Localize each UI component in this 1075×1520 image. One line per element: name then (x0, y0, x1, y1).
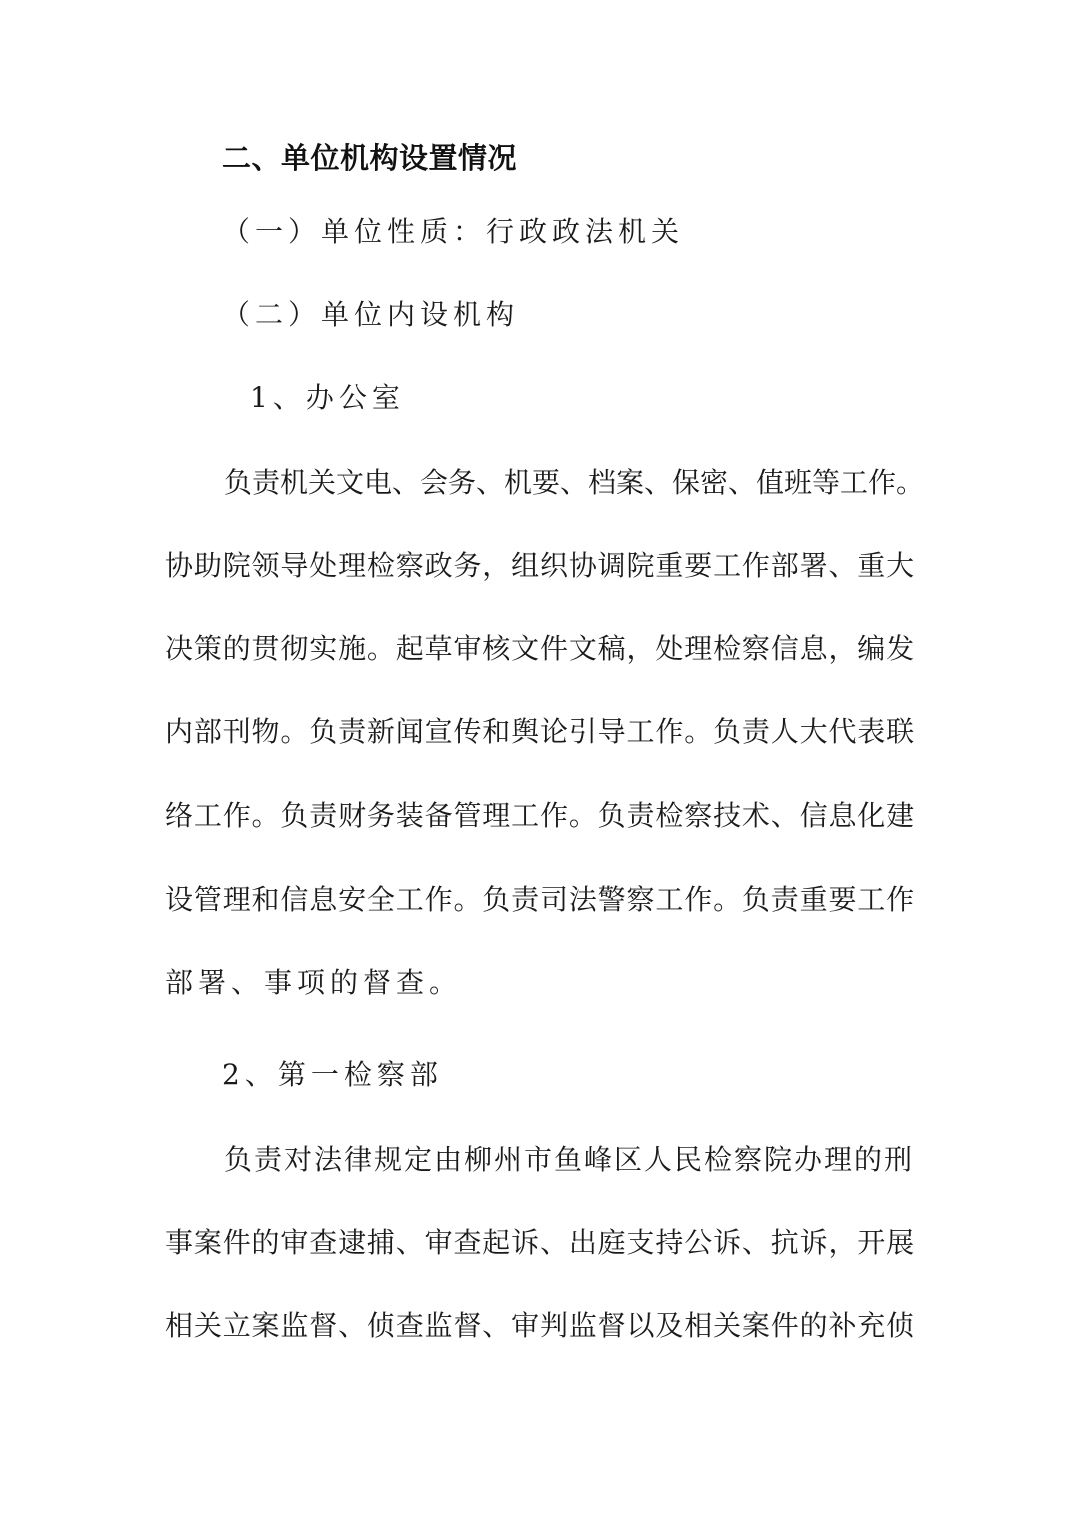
item-1-paragraph-line: 协助院领导处理检察政务，组织协调院重要工作部署、重大 (165, 546, 915, 586)
item-1-paragraph-line: 内部刊物。负责新闻宣传和舆论引导工作。负责人大代表联 (165, 712, 915, 752)
item-1-paragraph-line: 负责机关文电、会务、机要、档案、保密、值班等工作。 (224, 463, 914, 503)
subsection-internal-departments: （二）单位内设机构 (222, 295, 972, 335)
item-2-paragraph-line: 相关立案监督、侦查监督、审判监督以及相关案件的补充侦 (165, 1306, 915, 1346)
subsection-unit-nature: （一）单位性质：行政政法机关 (222, 212, 972, 252)
item-1-paragraph-line: 决策的贯彻实施。起草审核文件文稿，处理检察信息，编发 (165, 629, 915, 669)
item-1-title: 1、办公室 (250, 378, 1000, 418)
item-2-title: 2、第一检察部 (222, 1055, 972, 1095)
item-2-paragraph-line: 事案件的审查逮捕、审查起诉、出庭支持公诉、抗诉，开展 (165, 1223, 915, 1263)
section-heading: 二、单位机构设置情况 (222, 138, 972, 178)
document-page: 二、单位机构设置情况 （一）单位性质：行政政法机关 （二）单位内设机构 1、办公… (0, 0, 1075, 1520)
item-1-paragraph-line: 络工作。负责财务装备管理工作。负责检察技术、信息化建 (165, 796, 915, 836)
item-2-paragraph-line: 负责对法律规定由柳州市鱼峰区人民检察院办理的刑 (224, 1140, 914, 1180)
item-1-paragraph-line: 部署、事项的督查。 (165, 963, 915, 1003)
item-1-paragraph-line: 设管理和信息安全工作。负责司法警察工作。负责重要工作 (165, 880, 915, 920)
